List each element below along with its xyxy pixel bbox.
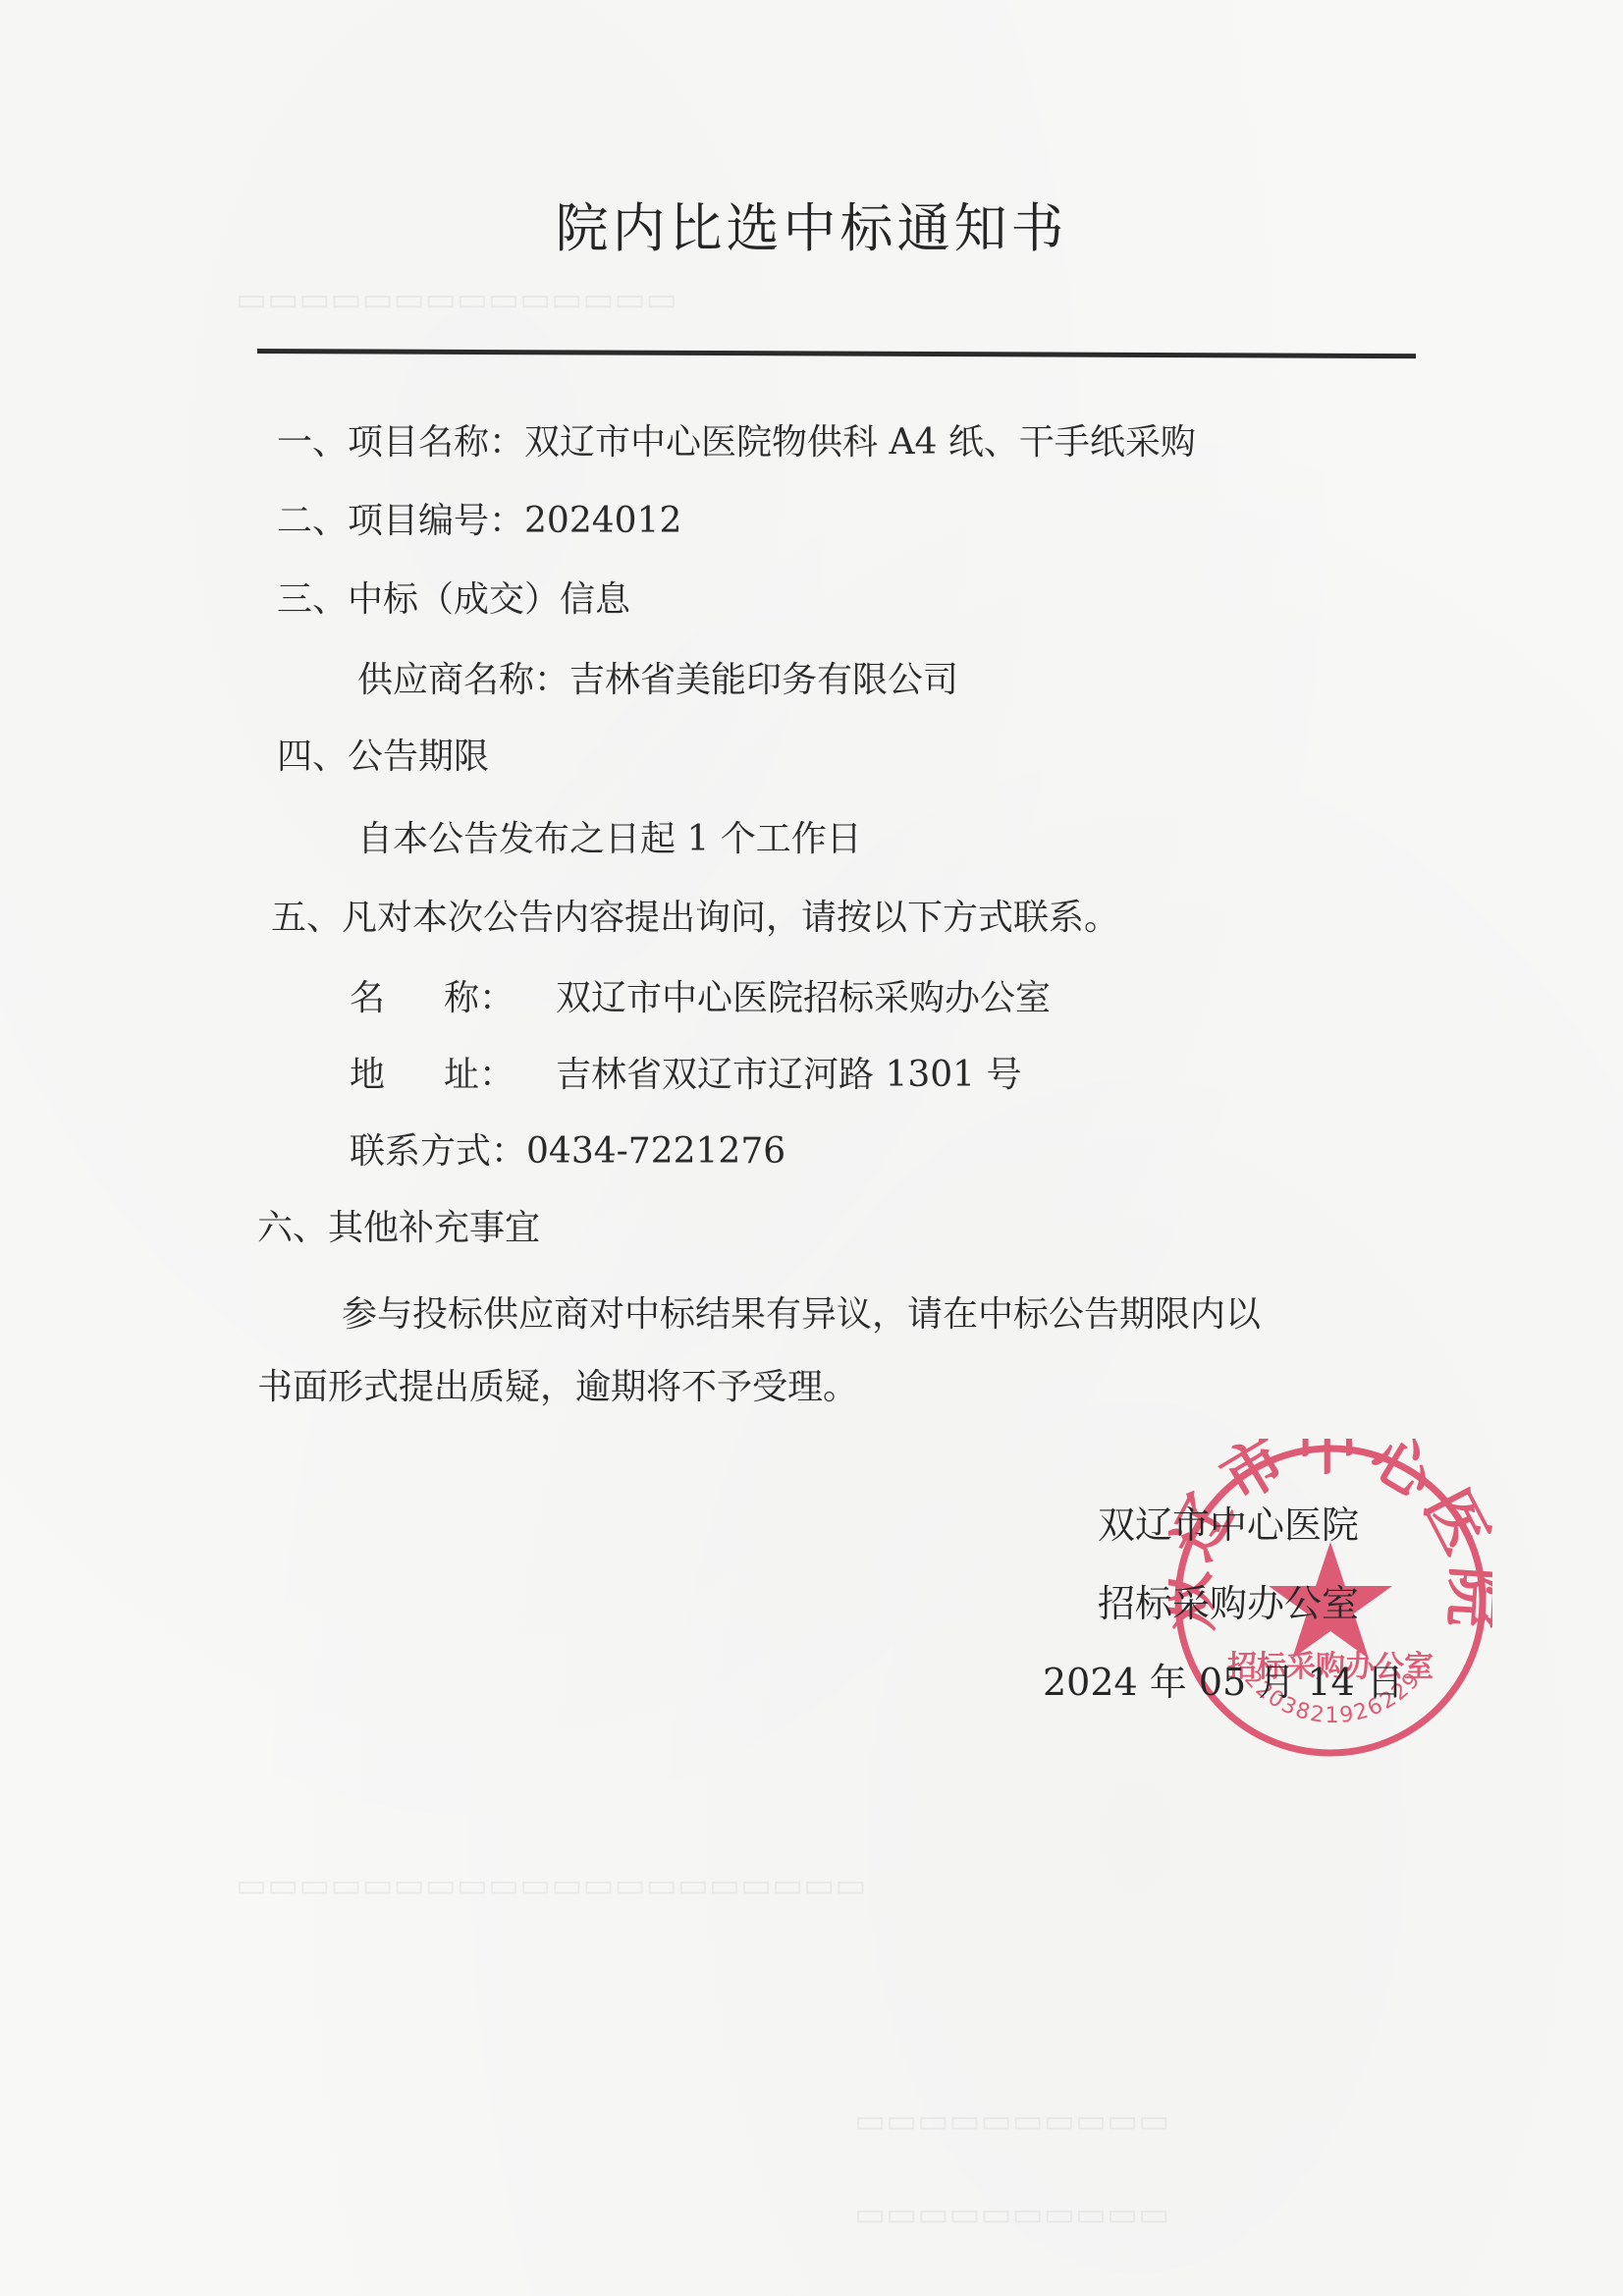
section-contact: 五、凡对本次公告内容提出询问，请按以下方式联系。 (271, 890, 1119, 940)
label-char: 名 (350, 978, 385, 1018)
section-label: 中标（成交）信息 (348, 579, 630, 620)
section-label: 其他补充事宜 (328, 1208, 540, 1248)
bleed-through: ▭▭▭▭▭▭▭▭▭▭▭▭▭▭ (236, 280, 677, 319)
project-number-value: 2024012 (524, 501, 681, 541)
contact-phone-value: 0434-7221276 (526, 1131, 785, 1172)
supplier-value: 吉林省美能印务有限公司 (569, 660, 958, 700)
section-supplement: 六、其他补充事宜 (257, 1200, 540, 1250)
section-award-info: 三、中标（成交）信息 (277, 572, 630, 622)
bleed-through: ▭▭▭▭▭▭▭▭▭▭ (854, 2102, 1169, 2141)
contact-name-label: 名称： (350, 970, 556, 1020)
signature-org: 双辽市中心医院 (1098, 1495, 1359, 1549)
signature-date: 2024 年 05 月 14 日 (1043, 1652, 1404, 1706)
contact-phone-line: 联系方式：0434-7221276 (350, 1123, 785, 1174)
signature-dept: 招标采购办公室 (1098, 1573, 1359, 1627)
section-number: 六、 (257, 1208, 328, 1248)
title-divider (257, 349, 1416, 358)
project-name-value: 双辽市中心医院物供科 A4 纸、干手纸采购 (524, 422, 1196, 463)
section-label: 公告期限 (348, 737, 489, 777)
label-char: 称： (444, 978, 514, 1018)
supplement-text-line2: 书面形式提出质疑，逾期将不予受理。 (257, 1359, 858, 1409)
contact-phone-label: 联系方式： (350, 1131, 526, 1172)
contact-name-line: 名称：双辽市中心医院招标采购办公室 (350, 970, 1051, 1020)
label-char: 址： (444, 1055, 514, 1095)
bleed-through: ▭▭▭▭▭▭▭▭▭▭▭▭▭▭▭▭▭▭▭▭ (236, 1866, 866, 1905)
supplement-text-line1: 参与投标供应商对中标结果有异议，请在中标公告期限内以 (342, 1286, 1261, 1337)
section-notice-period: 四、公告期限 (277, 729, 489, 779)
notice-period-text: 自本公告发布之日起 1 个工作日 (357, 811, 862, 861)
supplier-line: 供应商名称：吉林省美能印务有限公司 (357, 652, 958, 702)
document-title: 院内比选中标通知书 (0, 187, 1623, 262)
contact-address-label: 地址： (350, 1047, 556, 1097)
section-number: 二、 (277, 501, 348, 541)
contact-address-value: 吉林省双辽市辽河路 1301 号 (556, 1055, 1022, 1095)
section-project-number: 二、项目编号：2024012 (277, 493, 681, 543)
section-label: 凡对本次公告内容提出询问，请按以下方式联系。 (342, 898, 1119, 938)
section-number: 三、 (277, 579, 348, 620)
scanned-page: ▭▭▭▭▭▭▭▭▭▭▭▭▭▭ ▭▭▭▭▭▭▭▭▭▭▭▭▭▭▭▭▭▭▭▭ ▭▭▭▭… (0, 0, 1623, 2296)
section-number: 一、 (277, 422, 348, 463)
contact-name-value: 双辽市中心医院招标采购办公室 (556, 978, 1051, 1018)
section-label: 项目编号： (348, 501, 524, 541)
supplier-label: 供应商名称： (357, 660, 569, 700)
contact-address-line: 地址：吉林省双辽市辽河路 1301 号 (350, 1047, 1022, 1097)
section-project-name: 一、项目名称：双辽市中心医院物供科 A4 纸、干手纸采购 (277, 414, 1196, 465)
bleed-through: ▭▭▭▭▭▭▭▭▭▭ (854, 2195, 1169, 2234)
label-char: 地 (350, 1055, 385, 1095)
section-number: 四、 (277, 737, 348, 777)
section-label: 项目名称： (348, 422, 524, 463)
section-number: 五、 (271, 898, 342, 938)
